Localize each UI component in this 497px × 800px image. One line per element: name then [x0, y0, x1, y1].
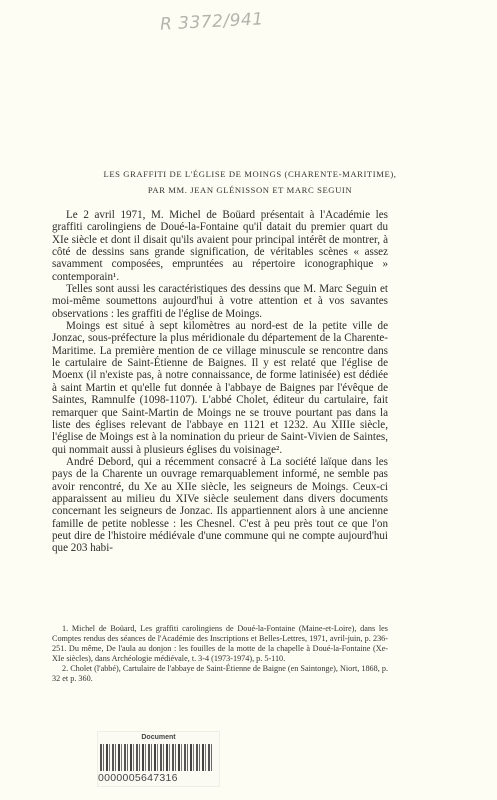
footnote-2: 2. Cholet (l'abbé), Cartulaire de l'abba… [52, 664, 388, 684]
barcode-label: Document [98, 734, 219, 741]
barcode-sticker: Document 0000005647316 [97, 731, 220, 787]
handwritten-catalog-mark: R 3372/941 [160, 9, 265, 34]
article-title: Les graffiti de l'église de Moings (Char… [40, 166, 460, 198]
paragraph-2: Telles sont aussi les caractéristiques d… [52, 283, 388, 320]
title-line-1: Les graffiti de l'église de Moings (Char… [40, 166, 460, 182]
paragraph-4: André Debord, qui a récemment consacré à… [52, 456, 388, 555]
paragraph-1: Le 2 avril 1971, M. Michel de Boüard pré… [52, 209, 388, 283]
title-line-2: par MM. Jean Glénisson et Marc Seguin [40, 182, 460, 198]
footnote-1: 1. Michel de Boüard, Les graffiti caroli… [52, 624, 388, 664]
article-body: Le 2 avril 1971, M. Michel de Boüard pré… [52, 209, 388, 555]
barcode-bars-icon [100, 744, 214, 771]
footnotes: 1. Michel de Boüard, Les graffiti caroli… [52, 624, 388, 683]
barcode-number: 0000005647316 [98, 772, 219, 784]
paragraph-3: Moings est situé à sept kilomètres au no… [52, 320, 388, 456]
